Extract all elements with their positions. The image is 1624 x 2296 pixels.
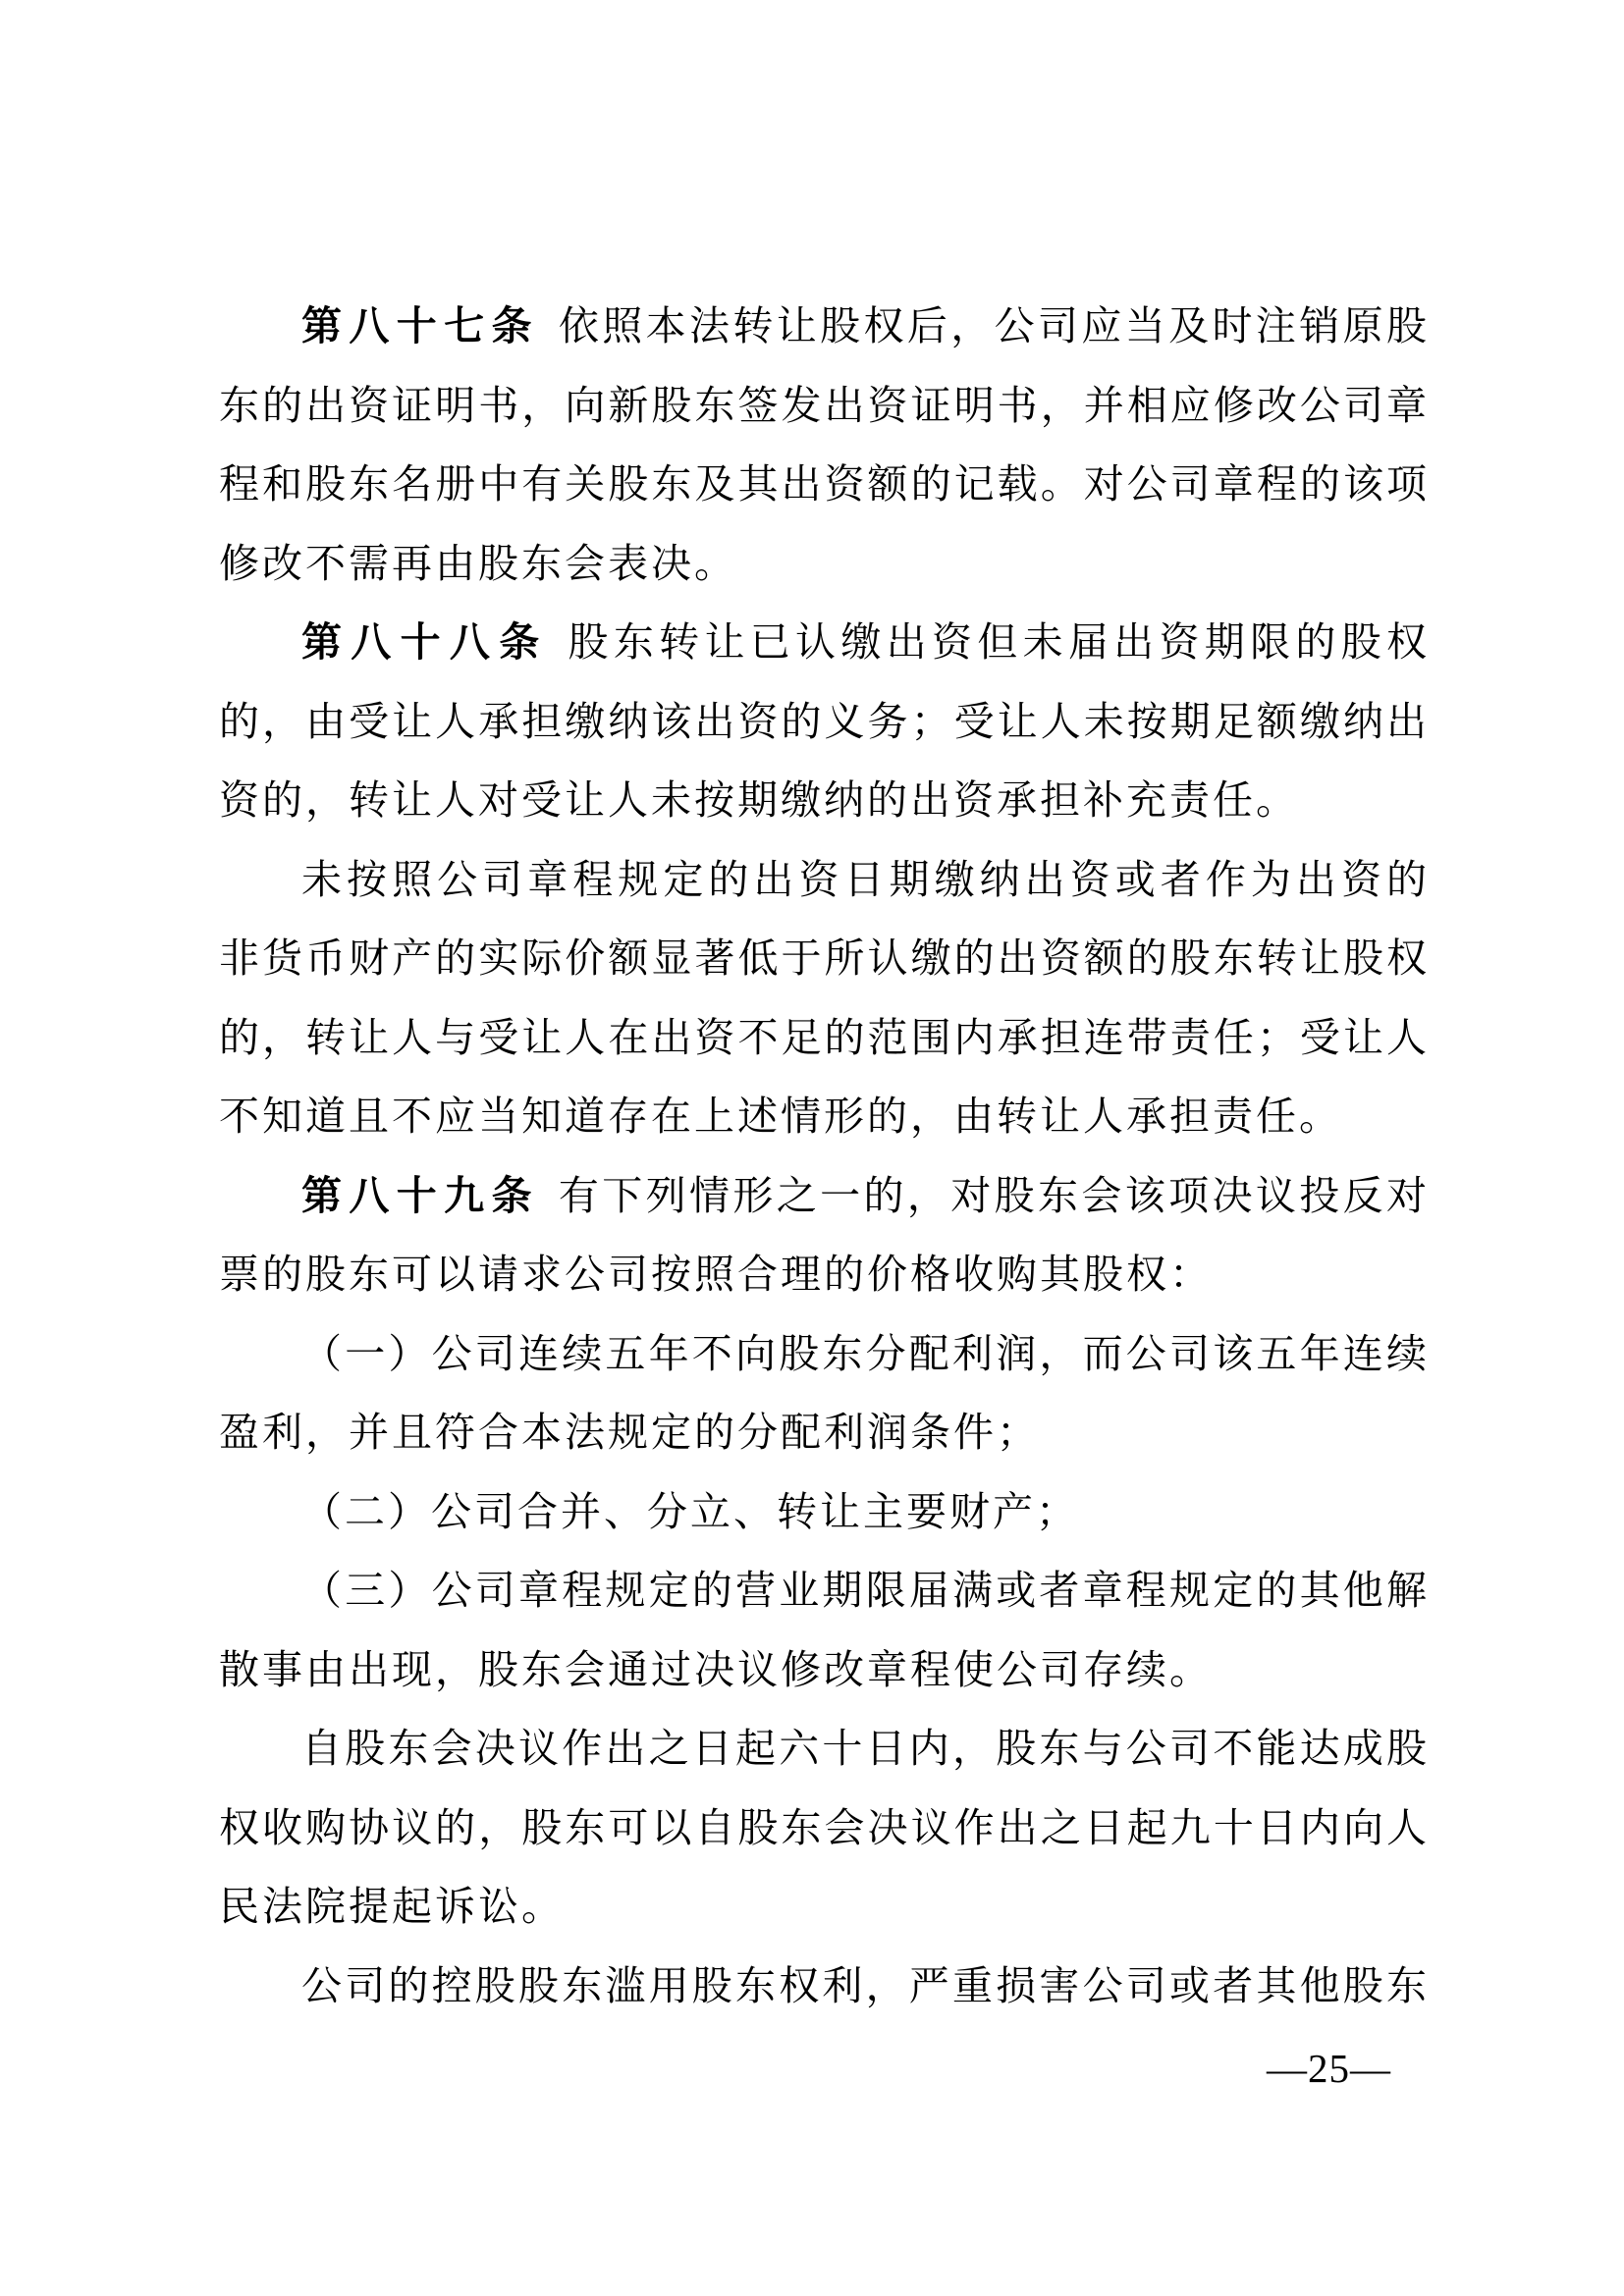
line-text: 依照本法转让股权后，公司应当及时注销原股 <box>559 303 1430 348</box>
body-line: 第八十九条有下列情形之一的，对股东会该项决议投反对 <box>219 1156 1430 1236</box>
line-text: 的，由受让人承担缴纳该出资的义务；受让人未按期足额缴纳出 <box>219 699 1430 744</box>
line-text: 公司的控股股东滥用股东权利，严重损害公司或者其他股东 <box>301 1963 1430 2008</box>
line-text: 散事由出现，股东会通过决议修改章程使公司存续。 <box>219 1647 1213 1692</box>
body-line: 非货币财产的实际价额显著低于所认缴的出资额的股东转让股权 <box>219 919 1430 998</box>
body-line: 的，转让人与受让人在出资不足的范围内承担连带责任；受让人 <box>219 998 1430 1078</box>
line-text: 资的，转让人对受让人未按期缴纳的出资承担补充责任。 <box>219 777 1299 823</box>
page-number: —25— <box>1267 2046 1391 2091</box>
article-number: 第八十八条 <box>301 619 549 665</box>
line-text: 不知道且不应当知道存在上述情形的，由转让人承担责任。 <box>219 1094 1342 1139</box>
body-line: 自股东会决议作出之日起六十日内，股东与公司不能达成股 <box>219 1709 1430 1789</box>
article-number: 第八十九条 <box>301 1173 539 1218</box>
body-line: （三）公司章程规定的营业期限届满或者章程规定的其他解 <box>219 1551 1430 1630</box>
line-text: 修改不需再由股东会表决。 <box>219 541 737 586</box>
body-line: 的，由受让人承担缴纳该出资的义务；受让人未按期足额缴纳出 <box>219 682 1430 762</box>
body-line: 不知道且不应当知道存在上述情形的，由转让人承担责任。 <box>219 1077 1430 1156</box>
body-line: （一）公司连续五年不向股东分配利润，而公司该五年连续 <box>219 1314 1430 1394</box>
body-line: 第八十八条股东转让已认缴出资但未届出资期限的股权 <box>219 603 1430 682</box>
body-line: 票的股东可以请求公司按照合理的价格收购其股权： <box>219 1235 1430 1314</box>
line-text: （二）公司合并、分立、转让主要财产； <box>301 1489 1079 1534</box>
body-line: 程和股东名册中有关股东及其出资额的记载。对公司章程的该项 <box>219 445 1430 524</box>
body-line: 公司的控股股东滥用股东权利，严重损害公司或者其他股东 <box>219 1947 1430 2026</box>
document-page: 第八十七条依照本法转让股权后，公司应当及时注销原股东的出资证明书，向新股东签发出… <box>0 0 1624 2296</box>
line-text: 股东转让已认缴出资但未届出资期限的股权 <box>568 619 1430 665</box>
body-line: 未按照公司章程规定的出资日期缴纳出资或者作为出资的 <box>219 840 1430 920</box>
line-text: 盈利，并且符合本法规定的分配利润条件； <box>219 1410 1040 1455</box>
body-line: 资的，转让人对受让人未按期缴纳的出资承担补充责任。 <box>219 761 1430 840</box>
line-text: 权收购协议的，股东可以自股东会决议作出之日起九十日内向人 <box>219 1805 1430 1850</box>
body-line: 第八十七条依照本法转让股权后，公司应当及时注销原股 <box>219 287 1430 366</box>
line-text: 程和股东名册中有关股东及其出资额的记载。对公司章程的该项 <box>219 461 1430 507</box>
body-line: 民法院提起诉讼。 <box>219 1867 1430 1947</box>
text-block: 第八十七条依照本法转让股权后，公司应当及时注销原股东的出资证明书，向新股东签发出… <box>219 287 1430 2025</box>
body-line: 权收购协议的，股东可以自股东会决议作出之日起九十日内向人 <box>219 1789 1430 1868</box>
body-line: 散事由出现，股东会通过决议修改章程使公司存续。 <box>219 1630 1430 1710</box>
line-text: （一）公司连续五年不向股东分配利润，而公司该五年连续 <box>301 1331 1430 1376</box>
line-text: 东的出资证明书，向新股东签发出资证明书，并相应修改公司章 <box>219 383 1430 428</box>
line-text: 有下列情形之一的，对股东会该项决议投反对 <box>559 1173 1430 1218</box>
body-line: 东的出资证明书，向新股东签发出资证明书，并相应修改公司章 <box>219 366 1430 446</box>
line-text: （三）公司章程规定的营业期限届满或者章程规定的其他解 <box>301 1568 1430 1613</box>
article-number: 第八十七条 <box>301 303 539 348</box>
line-text: 票的股东可以请求公司按照合理的价格收购其股权： <box>219 1252 1213 1297</box>
line-text: 非货币财产的实际价额显著低于所认缴的出资额的股东转让股权 <box>219 935 1430 981</box>
body-line: （二）公司合并、分立、转让主要财产； <box>219 1472 1430 1552</box>
line-text: 未按照公司章程规定的出资日期缴纳出资或者作为出资的 <box>301 857 1430 902</box>
line-text: 的，转让人与受让人在出资不足的范围内承担连带责任；受让人 <box>219 1015 1430 1060</box>
body-line: 盈利，并且符合本法规定的分配利润条件； <box>219 1393 1430 1472</box>
body-line: 修改不需再由股东会表决。 <box>219 524 1430 604</box>
line-text: 自股东会决议作出之日起六十日内，股东与公司不能达成股 <box>301 1726 1430 1771</box>
line-text: 民法院提起诉讼。 <box>219 1884 565 1929</box>
